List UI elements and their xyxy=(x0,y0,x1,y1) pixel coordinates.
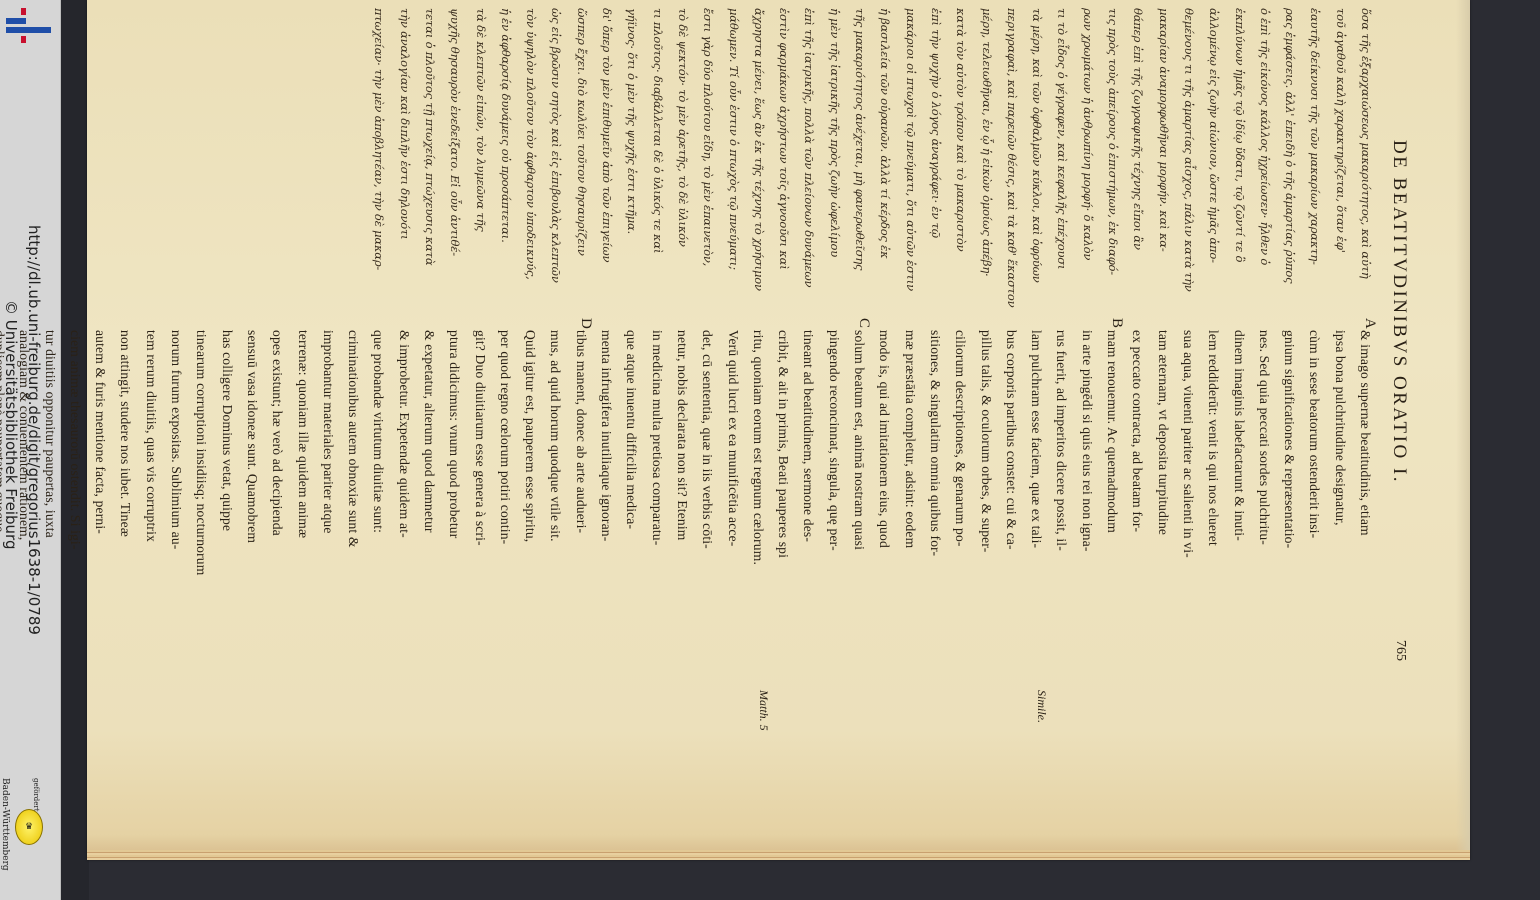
page-paper: DE BEATITVDINIBVS ORATIO I. 765 ὅσα τῆς … xyxy=(87,0,1470,860)
greek-text-line: τῆς μακαριότητος ἀνέχεται, μὴ φανερωθεῖσ… xyxy=(847,8,872,326)
page-header: DE BEATITVDINIBVS ORATIO I. 765 xyxy=(1380,0,1410,860)
greek-text-line: ὁ ἐπὶ τῆς εἰκόνος κάλλος ἠχρείωσεν· ἦλθε… xyxy=(1252,8,1277,326)
latin-text-line: tibus manent, donec ab arte audueri- xyxy=(569,330,594,675)
latin-text-line: & expetatur, alterum quod damnetur xyxy=(417,330,442,675)
latin-text-line: menta infrugifera inutiliaque ignoran- xyxy=(594,330,619,675)
latin-text-line: lem reddiderūt: venit is qui nos elueret xyxy=(1201,330,1226,675)
latin-text-line: analogiam & conuenientem rationem, xyxy=(12,330,37,675)
greek-text-line: γήϊνος· ὅτι ὁ μὲν τῆς ψυχῆς ἐστι κτῆμα. xyxy=(619,8,644,326)
latin-text-line: criminationibus autem obnoxiæ sunt & xyxy=(341,330,366,675)
greek-text-line: ἐπὶ τὴν ψυχὴν ὁ λόγος ἀναγράφει· ἐν τῷ xyxy=(923,8,948,326)
greek-text-line: τὰ δὲ κλεπτῶν εἰπών, τὸν λυμεῶνα τῆς xyxy=(467,8,492,326)
latin-text-line: rus fuerit, ad imperitos dicere possit, … xyxy=(1049,330,1074,675)
latin-text-line: solum beatum est, animā nostram quasi xyxy=(847,330,872,675)
greek-text-line: μάθωμεν. Τί οὖν ἐστιν ὁ πτωχὸς τῷ πνεύμα… xyxy=(720,8,745,326)
greek-text-line: τεται ὁ πλοῦτος τῇ πτωχείᾳ, πτώχευσις κα… xyxy=(417,8,442,326)
latin-text-line: tur diuitiis opponitur paupertas, iuxta xyxy=(37,330,62,675)
latin-text-line: lam pulchram esse faciem, quæ ex tali- xyxy=(1024,330,1049,675)
greek-text-column: ὅσα τῆς ἐξαρχαιώσεως μακαριότητος, καὶ α… xyxy=(366,8,1378,326)
latin-text-line: & imago supernæ beatitudinis, etiam xyxy=(1353,330,1378,675)
latin-text-line: pillus talis, & oculorum orbes, & super- xyxy=(973,330,998,675)
page-edge xyxy=(87,850,1470,860)
margin-note: Simile. xyxy=(1034,690,1049,723)
latin-text-line: ritu, quoniam eorum est regnum cælorum. xyxy=(746,330,771,675)
greek-text-line: θεμένους τι τῆς ἁμαρτίας αἶσχος, πάλιν κ… xyxy=(1176,8,1201,326)
baden-wuerttemberg-coat-of-arms-icon: ♛ xyxy=(15,809,43,845)
latin-text-line: gnium significationes & repræsentatio- xyxy=(1277,330,1302,675)
latin-text-line: ex peccato contracta, ad beatam for- xyxy=(1125,330,1150,675)
greek-text-line: μακάριοι οἱ πτωχοὶ τῷ πνεύματι, ὅτι αὐτῶ… xyxy=(897,8,922,326)
greek-text-line: τι πλοῦτος· διαβάλλεται δὲ ὁ ὑλικός τε κ… xyxy=(644,8,669,326)
greek-text-line: ἡ βασιλεία τῶν οὐρανῶν. ἀλλὰ τί κέρδος ἐ… xyxy=(872,8,897,326)
latin-text-line: sensuū vasa idoneæ sunt. Quamobrem xyxy=(240,330,265,675)
greek-text-line: τοῦ ἀγαθοῦ καλὴ χαρακτηρίζεται, ὅταν ἐφ' xyxy=(1327,8,1352,326)
greek-text-line: τὰ μέρη, καὶ τῶν ὀφθαλμῶν κύκλοι, καὶ ὀφ… xyxy=(1024,8,1049,326)
greek-text-line: ὡς εἰς βρῶσιν σητὸς καὶ εἰς ἐπιβουλὰς κλ… xyxy=(543,8,568,326)
running-head: DE BEATITVDINIBVS ORATIO I. xyxy=(1388,140,1410,484)
funder-name: Baden-Württemberg xyxy=(0,778,10,871)
section-marker: B xyxy=(1108,318,1125,328)
latin-text-line: terrenæ: quoniam illæ quidem animæ xyxy=(290,330,315,675)
greek-text-line: τι τὸ εἶδος ὁ γέγραφεν, καὶ κεφαλῆς ἐπέχ… xyxy=(1049,8,1074,326)
latin-text-line: autem & furis mentione facta, perni- xyxy=(88,330,113,675)
greek-text-line: ἐπὶ τῆς ἰατρικῆς, πολλὰ τῶν πλείονων δυν… xyxy=(796,8,821,326)
latin-text-line: per quod regno cœlorum potiri contin- xyxy=(493,330,518,675)
page-number: 765 xyxy=(1392,640,1408,661)
latin-text-line: & improbetur. Expetendæ quidem at- xyxy=(391,330,416,675)
latin-text-line: ipsa bona pulchritudine designatur, xyxy=(1327,330,1352,675)
greek-text-line: ἀλλομένῳ εἰς ζωὴν αἰώνιον, ὥστε ἡμᾶς ἀπο… xyxy=(1201,8,1226,326)
latin-text-line: det, cū sententia, quæ in iis verbis cōt… xyxy=(695,330,720,675)
latin-text-line: in arte pingēdi si quis eius rei non ign… xyxy=(1074,330,1099,675)
latin-text-line: tem rerum diuitiis, quas vis corruptrix xyxy=(138,330,163,675)
greek-text-line: πτωχείαν· τὴν μὲν ἀποβλητέαν, τὴν δὲ μακ… xyxy=(366,8,391,326)
latin-text-line: pingendo reconcinnat, singula, quę per- xyxy=(821,330,846,675)
latin-text-line: opes existunt; hæ verò ad decipienda xyxy=(265,330,290,675)
greek-text-line: ἐστὶν φαρμάκων ἀχρήστων τοῖς ἀγνοοῦσι κα… xyxy=(771,8,796,326)
greek-text-line: περιγραφαὶ, καὶ παρειῶν θέσις, καὶ τὰ κα… xyxy=(999,8,1024,326)
latin-text-line: sua aqua, viuenti pariter ac salienti in… xyxy=(1176,330,1201,675)
greek-text-line: τις πρὸς τοὺς ἀπείρους ὁ ἐπιστήμων, ἐκ δ… xyxy=(1100,8,1125,326)
section-marker: C xyxy=(855,318,872,328)
latin-text-line: modo is, qui ad imitationem eius, quod xyxy=(872,330,897,675)
latin-text-line: bus corporis partibus constet: cui & ca- xyxy=(999,330,1024,675)
greek-text-line: ὅσα τῆς ἐξαρχαιώσεως μακαριότητος, καὶ α… xyxy=(1353,8,1378,326)
margin-note: Matth. 5 xyxy=(756,690,771,731)
latin-text-line: git? Duo diuitiarum esse genera à scri- xyxy=(467,330,492,675)
greek-text-line: ρας ἐμφάσεις. ἀλλ' ἐπειδὴ ὁ τῆς ἁμαρτίας… xyxy=(1277,8,1302,326)
greek-text-line: μακαρίαν ἀναμορφωθῆναι μορφήν. καὶ κα- xyxy=(1150,8,1175,326)
library-logo-icon[interactable] xyxy=(3,6,53,54)
latin-text-line: ciliorum descriptiones, & genarum po- xyxy=(948,330,973,675)
latin-text-line: netur, nobis declarata non sit? Etenim xyxy=(670,330,695,675)
latin-text-line: que atque inuentu difficilia medica- xyxy=(619,330,644,675)
greek-text-line: ρων χρωμάτων ἡ ἀνθρωπίνη μορφή· ὅ καλὸν xyxy=(1074,8,1099,326)
latin-text-column: & imago supernæ beatitudinis, etiamipsa … xyxy=(0,330,1378,675)
latin-text-line: nes. Sed quia peccati sordes pulchritu- xyxy=(1252,330,1277,675)
latin-text-line: norum furum expositas. Sublimium au- xyxy=(164,330,189,675)
greek-text-line: δι' ὅπερ τὸν μὲν ἐπιθυμεῖν ἀπὸ τῶν ἐπιγε… xyxy=(594,8,619,326)
greek-text-line: ἡ ἐν ἀφθαρσίᾳ δυνάμεις οὐ προσάπτεται. xyxy=(493,8,518,326)
latin-text-line: in medicina multa pretiosa comparatu- xyxy=(644,330,669,675)
latin-text-line: non attingit, studere nos iubet. Tineæ xyxy=(113,330,138,675)
scanned-page: DE BEATITVDINIBVS ORATIO I. 765 ὅσα τῆς … xyxy=(87,0,1470,860)
latin-text-line: ciem animæ thesaurorū ostendit. Si igi- xyxy=(63,330,88,675)
latin-text-line: mam renouemur. Ac quemadmodum xyxy=(1100,330,1125,675)
latin-text-line: tinearum corruptioni insidiisq; nocturno… xyxy=(189,330,214,675)
latin-text-line: mæ præstātia completur, adsint: eodem xyxy=(897,330,922,675)
latin-text-line: duplicem planè paupertatem quoque xyxy=(0,330,12,675)
latin-text-line: tineant ad beatitudinem, sermone des- xyxy=(796,330,821,675)
latin-text-line: improbantur materiales pariter atque xyxy=(316,330,341,675)
section-marker: D xyxy=(577,318,594,329)
greek-text-line: ἔστι γὰρ δύο πλούτου εἴδη, τὸ μὲν ἐπαινε… xyxy=(695,8,720,326)
greek-text-line: ἑαυτῆς δείκνυσι τῆς τῶν μακαρίων χαρακτη… xyxy=(1302,8,1327,326)
greek-text-line: θάπερ ἐπὶ τῆς ζωγραφικῆς τέχνης εἴποι ἂν xyxy=(1125,8,1150,326)
page-gutter-shadow xyxy=(1456,0,1470,860)
latin-text-line: tam æternam, vt deposita turpitudine xyxy=(1150,330,1175,675)
latin-text-line: que probandæ virtutum diuitiæ sunt: xyxy=(366,330,391,675)
greek-text-line: μέρη, τελειωθῆναι, ἐν ᾧ ἡ εἰκὼν ὁμοίως ἀ… xyxy=(973,8,998,326)
latin-text-line: dinem imaginis labefactarunt & inuti- xyxy=(1226,330,1251,675)
greek-text-line: κατὰ τὸν αὐτὸν τρόπον καὶ τὸ μακαριστὸν xyxy=(948,8,973,326)
latin-text-line: Quid igitur est, pauperem esse spiritu, xyxy=(518,330,543,675)
greek-text-line: τὴν ἀναλογίαν καὶ διπλῆν ἐστι δηλονότι xyxy=(391,8,416,326)
greek-text-line: ὥσπερ ἔχει. διὸ κωλύει τοῦτον θησαυρίζει… xyxy=(569,8,594,326)
greek-text-line: ἄχρηστα μένει, ἕως ἂν ἐκ τῆς τέχνης τὸ χ… xyxy=(746,8,771,326)
greek-text-line: ψυχῆς θησαυρὸν ἐνεδείξατο. Εἰ οὖν ἀντιθέ… xyxy=(442,8,467,326)
latin-text-line: cùm in sese beatorum ostenderit insi- xyxy=(1302,330,1327,675)
latin-text-line: ptura didicimus: vnum quod probetur xyxy=(442,330,467,675)
latin-text-line: sitiones, & singulatim omnia quibus for- xyxy=(923,330,948,675)
latin-text-line: has colligere Dominus vetat, quippe xyxy=(214,330,239,675)
latin-text-line: cribit, & ait in primis, Beati pauperes … xyxy=(771,330,796,675)
greek-text-line: ἡ μὲν τῆς ἰατρικῆς τῆς πρὸς ζωὴν ὠφελίμο… xyxy=(821,8,846,326)
greek-text-line: ἐκπλύνων ἡμᾶς τῷ ἰδίῳ ὕδατι, τῷ ζῶντί τε… xyxy=(1226,8,1251,326)
greek-text-line: τὸ δὲ ψεκτόν· τὸ μὲν ἀρετῆς, τὸ δὲ ὑλικό… xyxy=(670,8,695,326)
latin-text-line: Verū quid lucri ex ea munificētia acce- xyxy=(720,330,745,675)
greek-text-line: τὸν ὑψηλὸν πλοῦτον τὸν ἀφθαρτον ὑποδεικν… xyxy=(518,8,543,326)
latin-text-line: mus, ad quid horum quodque vtile sit. xyxy=(543,330,568,675)
section-marker: A xyxy=(1361,318,1378,329)
